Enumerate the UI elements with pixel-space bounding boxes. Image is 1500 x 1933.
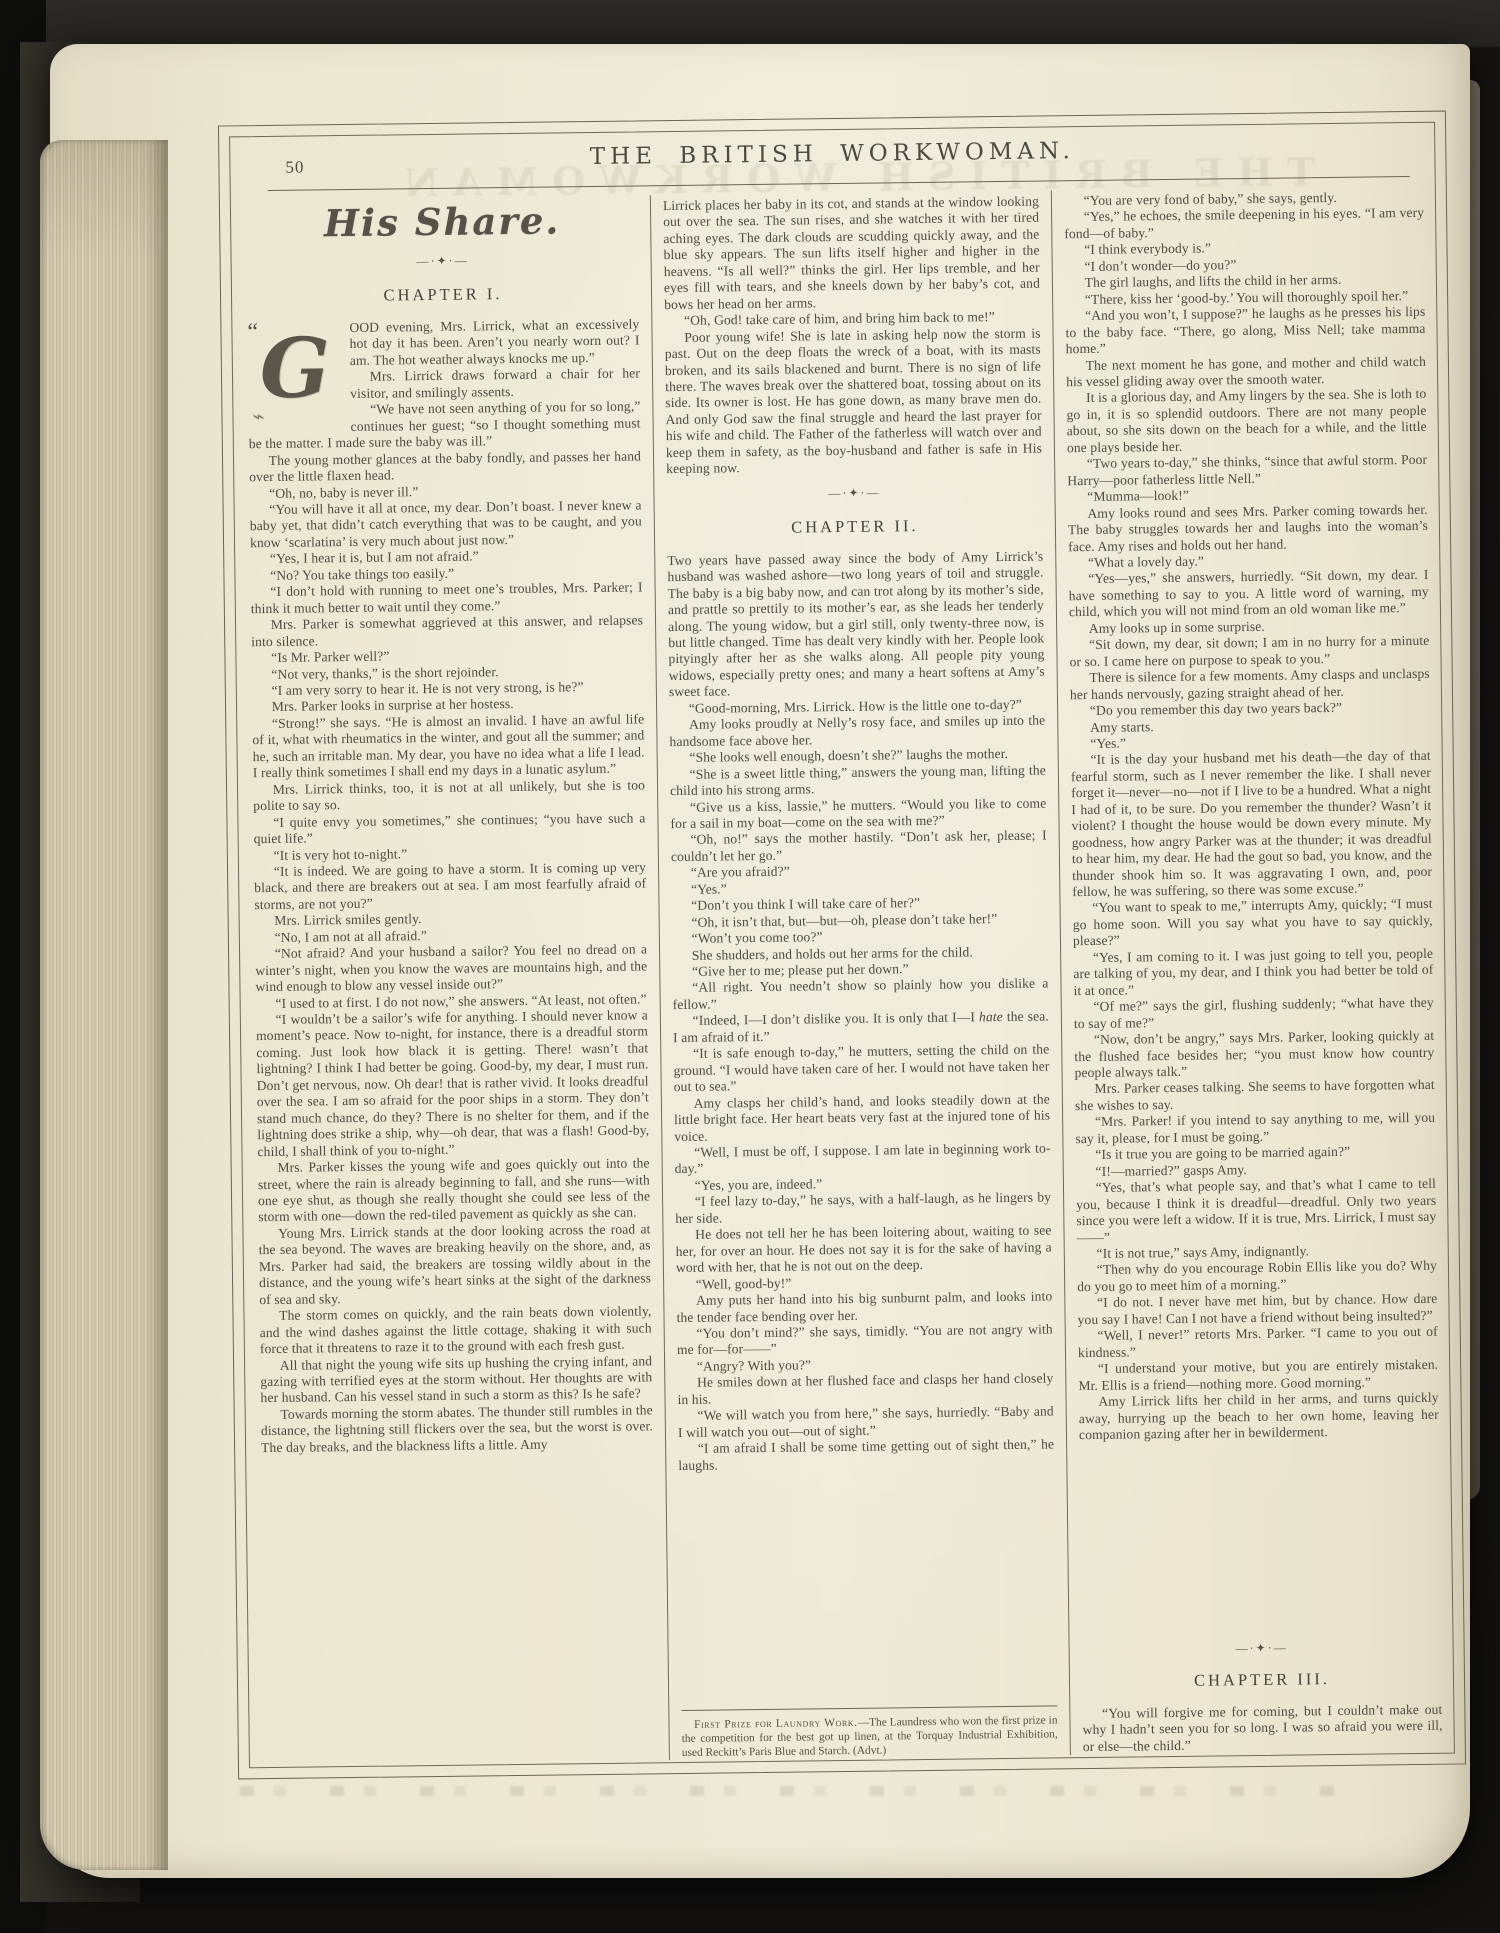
paragraph: “You will forgive me for coming, but I c… [1082,1701,1443,1755]
ornament-divider: —·✦·— [247,251,639,271]
story-title: His Share. [246,197,639,246]
paragraph: It is a glorious day, and Amy lingers by… [1066,386,1427,456]
paragraph: “Give us a kiss, lassie,” he mutters. “W… [670,795,1046,832]
paragraph: He does not tell her he has been loiteri… [675,1223,1052,1277]
paragraph: “Now, don’t be angry,” says Mrs. Parker,… [1074,1028,1435,1082]
chapter-3-text: “You will forgive me for coming, but I c… [1082,1701,1443,1755]
paragraph: Mrs. Parker is somewhat aggrieved at thi… [251,613,643,651]
book-scan: { "palette":{"paper":"#ece7d2","ink":"#4… [0,0,1500,1933]
chapter-1-heading: CHAPTER I. [247,282,639,307]
paragraph: “Two years to-day,” she thinks, “since t… [1067,452,1427,489]
paragraph: “Yes, I am coming to it. I was just goin… [1073,946,1434,1000]
paragraph: Towards morning the storm abates. The th… [261,1402,654,1456]
paragraph: “Then why do you encourage Robin Ellis l… [1077,1258,1437,1295]
paragraph: Mrs. Parker kisses the young wife and go… [258,1155,651,1226]
column-2: Lirrick places her baby in its cot, and … [663,191,1058,1760]
paragraph: Amy looks round and sees Mrs. Parker com… [1068,501,1429,555]
paragraph: “It is the day your husband met his deat… [1071,748,1433,900]
paragraph: “Yes—yes,” she answers, hurriedly. “Sit … [1068,567,1429,621]
paragraph: All that night the young wife sits up hu… [260,1353,653,1407]
paragraph: “You don’t mind?” she says, timidly. “Yo… [677,1321,1053,1358]
column-2-text-a: Lirrick places her baby in its cot, and … [663,194,1042,478]
paragraph: “Oh, no!” says the mother hastily. “Don’… [671,828,1047,865]
opening-quote: “ [247,319,258,346]
paragraph: “Strong!” she says. “He is almost an inv… [252,711,645,782]
advertisement-text: First Prize for Laundry Work.—The Laundr… [681,1713,1057,1760]
drop-cap-block: “ G ⌁ [247,322,342,423]
paragraph: “And you won’t, I suppose?” he laughs as… [1065,304,1426,358]
paragraph: “It is indeed. We are going to have a st… [254,859,647,913]
column-3: “You are very fond of baby,” she says, g… [1064,186,1443,1755]
paragraph: “I am afraid I shall be some time gettin… [678,1437,1054,1474]
paragraph: Mrs. Parker ceases talking. She seems to… [1075,1077,1435,1114]
column-3-text: “You are very fond of baby,” she says, g… [1064,189,1439,1444]
paragraph: “Well, I never!” retorts Mrs. Parker. “I… [1078,1324,1438,1361]
paragraph: “Mrs. Parker! if you intend to say anyth… [1075,1110,1435,1147]
chapter-2-heading: CHAPTER II. [667,514,1043,539]
paragraph: Mrs. Lirrick thinks, too, it is not at a… [253,777,645,815]
paragraph: “She is a sweet little thing,” answers t… [670,762,1046,799]
paragraph: Young Mrs. Lirrick stands at the door lo… [258,1221,651,1308]
paragraph: Amy Lirrick lifts her child in her arms,… [1079,1390,1440,1444]
printed-frame: THE BRITISH WORKWOMAN 50 THE BRITISH WOR… [218,111,1466,1780]
paragraph: “You will have it all at once, my dear. … [250,497,643,551]
paragraph: Amy looks proudly at Nelly’s rosy face, … [669,713,1045,750]
paragraph: “Of me?” says the girl, flushing suddenl… [1074,995,1434,1032]
paragraph: “Sit down, my dear, sit down; I am in no… [1069,633,1429,670]
paragraph: Two years have passed away since the bod… [667,548,1045,701]
paragraph: “It is safe enough to-day,” he mutters, … [673,1042,1050,1096]
laundry-advertisement: First Prize for Laundry Work.—The Laundr… [681,1705,1058,1760]
bleed-through-smudge [240,1786,1350,1796]
paragraph: “Well, I must be off, I suppose. I am la… [674,1140,1050,1177]
column-1-text: “ G ⌁ OOD evening, Mrs. Lirrick, what an… [247,316,653,1456]
paragraph: The storm comes on quickly, and the rain… [259,1304,652,1358]
column-1: His Share. —·✦·— CHAPTER I. “ G ⌁ OOD ev… [246,195,657,1765]
paragraph: “I don’t hold with running to meet one’s… [251,580,643,618]
column-2-text-b: Two years have passed away since the bod… [667,548,1054,1474]
paragraph: Amy clasps her child’s hand, and looks s… [674,1091,1051,1145]
paragraph: “Yes,” he echoes, the smile deepening in… [1064,205,1424,242]
paragraph: “You want to speak to me,” interrupts Am… [1072,896,1433,950]
paragraph: “I understand your motive, but you are e… [1078,1357,1438,1394]
paragraph: “I do not. I never have met him, but by … [1077,1291,1437,1328]
drop-cap-letter: G [259,322,330,415]
paragraph: There is silence for a few moments. Amy … [1070,666,1430,703]
paragraph: “Yes, that’s what people say, and that’s… [1076,1176,1437,1246]
page-edge-stack [40,140,168,1870]
paragraph: “I wouldn’t be a sailor’s wife for anyth… [256,1007,650,1160]
ornament-divider: —·✦·— [666,483,1042,503]
paragraph: “Indeed, I—I don’t dislike you. It is on… [673,1009,1049,1046]
text-columns: His Share. —·✦·— CHAPTER I. “ G ⌁ OOD ev… [246,186,1443,1765]
ornament-divider: —·✦·— [1082,1638,1442,1657]
paragraph: Poor young wife! She is late in asking h… [664,325,1042,478]
paragraph: The young mother glances at the baby fon… [249,448,641,486]
paragraph: He smiles down at her flushed face and c… [677,1371,1053,1408]
paragraph: “All right. You needn’t show so plainly … [672,976,1048,1013]
paragraph: Lirrick places her baby in its cot, and … [663,194,1040,314]
drop-cap-flourish-icon: ⌁ [252,404,264,429]
paragraph: “I quite envy you sometimes,” she contin… [253,810,645,848]
paragraph: “I feel lazy to-day,” he says, with a ha… [675,1190,1051,1227]
chapter-3-heading: CHAPTER III. [1082,1667,1442,1691]
chapter-3-block: —·✦·— CHAPTER III. “You will forgive me … [1081,1628,1442,1755]
advertisement-lead: First Prize for Laundry Work. [694,1717,858,1731]
paragraph: “We will watch you from here,” she says,… [678,1404,1054,1441]
paragraph: “Not afraid? And your husband a sailor? … [255,942,648,996]
paragraph: The next moment he has gone, and mother … [1066,353,1426,390]
book-page: THE BRITISH WORKWOMAN 50 THE BRITISH WOR… [50,44,1470,1878]
paragraph: Amy puts her hand into his big sunburnt … [676,1289,1052,1326]
